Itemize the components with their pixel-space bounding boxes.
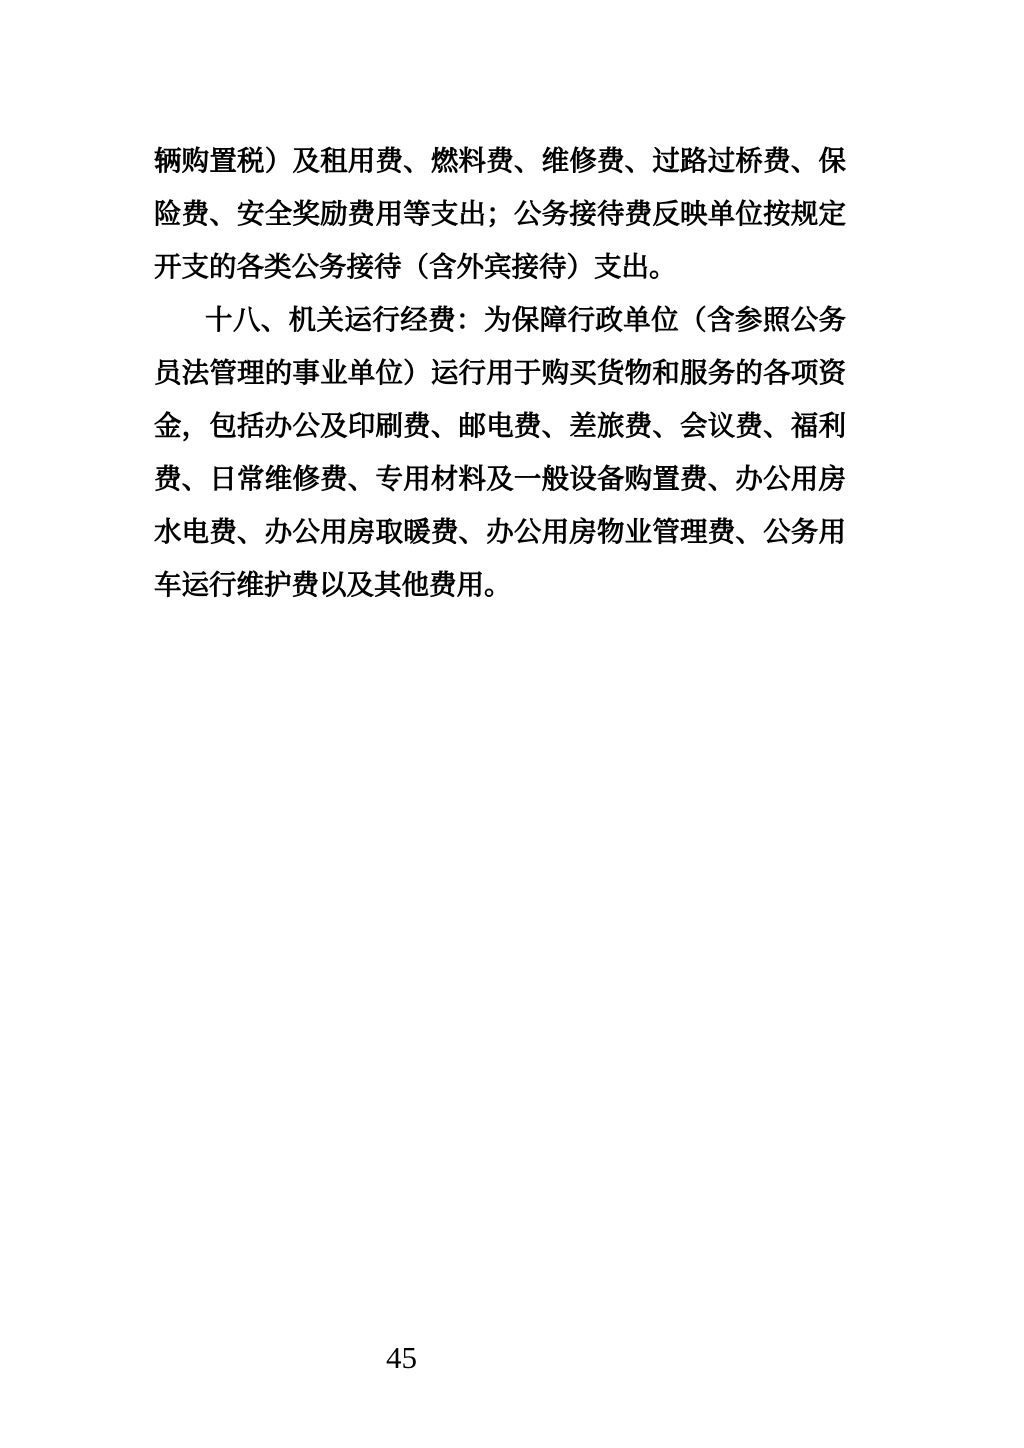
text-line: 金，包括办公及印刷费、邮电费、差旅费、会议费、福利 [154, 399, 846, 452]
text-line: 水电费、办公用房取暖费、办公用房物业管理费、公务用 [154, 505, 846, 558]
paragraph: 十八、机关运行经费：为保障行政单位（含参照公务员法管理的事业单位）运行用于购买货… [154, 293, 846, 611]
text-line: 开支的各类公务接待（含外宾接待）支出。 [154, 240, 846, 293]
text-line: 员法管理的事业单位）运行用于购买货物和服务的各项资 [154, 346, 846, 399]
text-line: 险费、安全奖励费用等支出；公务接待费反映单位按规定 [154, 187, 846, 240]
paragraph: 辆购置税）及租用费、燃料费、维修费、过路过桥费、保险费、安全奖励费用等支出；公务… [154, 134, 846, 293]
page-number: 45 [386, 1342, 417, 1373]
body-text: 辆购置税）及租用费、燃料费、维修费、过路过桥费、保险费、安全奖励费用等支出；公务… [154, 134, 846, 611]
text-line: 车运行维护费以及其他费用。 [154, 558, 846, 611]
text-line: 十八、机关运行经费：为保障行政单位（含参照公务 [154, 293, 846, 346]
text-line: 费、日常维修费、专用材料及一般设备购置费、办公用房 [154, 452, 846, 505]
text-line: 辆购置税）及租用费、燃料费、维修费、过路过桥费、保 [154, 134, 846, 187]
document-page: 辆购置税）及租用费、燃料费、维修费、过路过桥费、保险费、安全奖励费用等支出；公务… [0, 0, 1024, 1448]
